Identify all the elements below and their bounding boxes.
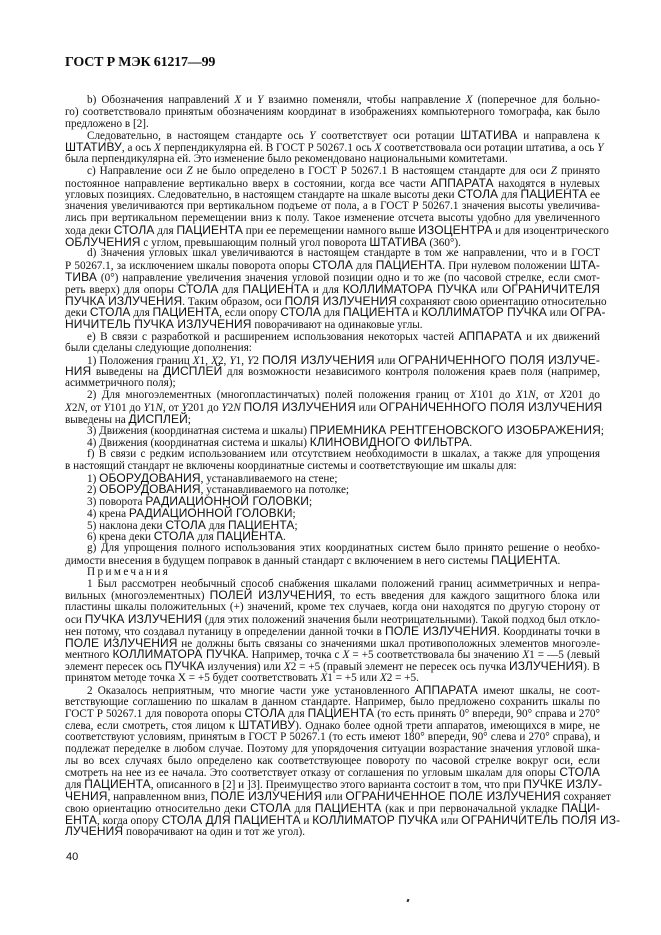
text-run: = +5 соответствовала бы значению [349, 649, 522, 661]
italic-symbol: N [233, 402, 240, 414]
text-run: Р 50267.1, за исключением шкалы поворота… [65, 260, 312, 272]
text-run: или [477, 284, 502, 296]
defined-term: СТОЛА [178, 282, 219, 296]
text-run: го) соответствовало принятым обозначения… [65, 106, 600, 118]
text-run: или [356, 402, 379, 414]
text-run: выведены на [65, 414, 129, 426]
text-run: принятом методе точка X = +5 будет соотв… [65, 672, 320, 684]
text-run: и для изоцентрического [492, 225, 608, 237]
text-run: ; [309, 496, 312, 508]
document-header: ГОСТ Р МЭК 61217—99 [65, 55, 215, 71]
text-line: принятом методе точка X = +5 будет соотв… [65, 673, 600, 685]
text-run: для [321, 307, 343, 319]
document-page: ГОСТ Р МЭК 61217—99 b) Обозначения напра… [0, 0, 661, 935]
notes-heading: Примечания [87, 566, 170, 578]
italic-symbol: X [466, 94, 473, 106]
text-run: предложено в [2]. [65, 118, 149, 130]
text-run: . Координаты точки в [497, 626, 600, 638]
text-run: или [375, 355, 399, 367]
text-run: была перпендикулярна ей. Это изменение б… [65, 153, 508, 165]
text-run: ; [601, 425, 604, 437]
text-run: , направленном вниз, [107, 791, 210, 803]
text-run: подлежат переделке в любом случае. Поэто… [65, 743, 600, 755]
document-body: b) Обозначения направлений X и Y взаимно… [65, 95, 600, 838]
text-line: ЛУЧЕНИЯ поворачивают на один и тот же уг… [65, 826, 600, 838]
defined-term: ЛУЧЕНИЯ [65, 824, 123, 838]
defined-term: КОЛЛИМАТОР ПУЧКА [312, 813, 438, 827]
text-run: или [547, 307, 570, 319]
italic-symbol: N [77, 402, 84, 414]
text-run: , от [85, 402, 104, 414]
text-line: c) Направление оси Z не было определено … [65, 166, 600, 178]
text-run: . Например, точка с [246, 649, 343, 661]
text-run: и [301, 815, 313, 827]
text-run: 1 Был рассмотрен необычный способ снабже… [87, 578, 600, 590]
defined-term: ПАЦИЕНТА [491, 553, 558, 567]
defined-term: ОГРАНИЧЕННОГО ПОЛЯ ИЗЛУЧЕ- [398, 353, 600, 367]
page-number: 40 [66, 851, 78, 863]
text-run: и направлена к [518, 130, 600, 142]
italic-symbol: Y [597, 142, 603, 154]
italic-symbol: X [65, 402, 72, 414]
text-run: и [241, 94, 257, 106]
text-line: Следовательно, в настоящем стандарте ось… [65, 130, 600, 142]
defined-term: ТИВА [65, 270, 97, 284]
text-run: ; [188, 414, 191, 426]
defined-term: ПУЧКА ИЗЛУЧЕНИЯ [85, 612, 202, 626]
text-run: для [154, 225, 176, 237]
text-run: соответствует оси ротации [316, 130, 461, 142]
text-line: лы во всех случаях было определено как с… [65, 756, 600, 768]
text-run: b) Обозначения направлений [87, 94, 234, 106]
text-run: принято [557, 165, 600, 177]
text-line: оси ПУЧКА ИЗЛУЧЕНИЯ (для этих положений … [65, 614, 600, 626]
text-line: предложено в [2]. [65, 119, 600, 131]
text-run: ). В [583, 661, 600, 673]
text-line: 4) крена РАДИАЦИОННОЙ ГОЛОВКИ; [65, 508, 600, 520]
text-run: взаимно поменяли, чтобы направление [263, 94, 465, 106]
defined-term: ПАЦИЕНТА [343, 305, 410, 319]
text-run: 1 = +5 или [327, 672, 380, 684]
text-run: и их движений [522, 331, 600, 343]
defined-term: ОГРАНИЧЕННОГО ПОЛЯ ИЗЛУЧЕНИЯ [379, 400, 602, 414]
defined-term: ПОЛЯ ИЗЛУЧЕНИЯ [262, 353, 375, 367]
defined-term: НИЧИТЕЛЬ ПУЧКА ИЗЛУЧЕНИЯ [65, 317, 252, 331]
text-run: асимметричного поля); [65, 377, 176, 389]
text-run: (поперечное для больно- [473, 94, 600, 106]
defined-term: ИЗЛУЧЕНИЯ [509, 659, 583, 673]
text-run: лы во всех случаях было определено как с… [65, 755, 600, 767]
text-run: ментного [65, 649, 112, 661]
defined-term: СТОЛА [312, 258, 353, 272]
italic-symbol: X [380, 672, 387, 684]
text-run: или [438, 815, 461, 827]
defined-term: ПАЦИЕНТА [176, 223, 243, 237]
defined-term: ПОЛЯ ИЗЛУЧЕНИЯ [244, 400, 356, 414]
text-run: были сделаны следующие дополнения: [65, 342, 252, 354]
text-run: , устанавливаемого на стене; [201, 473, 338, 485]
defined-term: КОЛЛИМАТОР ПУЧКА [421, 305, 547, 319]
text-run: f) В связи с редким использованием или о… [87, 448, 600, 460]
text-line: хода деки СТОЛА для ПАЦИЕНТА при ее пере… [65, 225, 600, 237]
text-line: 1) Положения границ X1, X2, Y1, Y2 ПОЛЯ … [65, 355, 600, 367]
defined-term: ШТАТИВА [460, 128, 517, 142]
text-run: . При нулевом положении [442, 260, 569, 272]
text-run: постоянное направление вертикально вверх… [65, 178, 431, 190]
text-run: . [558, 555, 561, 567]
text-run: 3) Движения (координатная система и шкал… [87, 425, 310, 437]
defined-term: ОГРАНИЧИТЕЛЯ [502, 282, 600, 296]
text-run: 1) [87, 473, 99, 485]
text-run: 1, [236, 355, 247, 367]
scan-artifact [406, 899, 409, 903]
text-run: ГОСТ Р 50267.1 для поворота опоры [65, 708, 245, 720]
text-run: поворачивают на один и тот же угол). [123, 826, 305, 838]
text-run: 201 до [188, 402, 222, 414]
text-run: 2 [253, 355, 262, 367]
text-run: ; [295, 520, 298, 532]
defined-term: ЧЕНИЯ [65, 789, 107, 803]
text-run: для [353, 260, 376, 272]
defined-term: АППАРАТА [459, 329, 522, 343]
defined-term: ОГРАНИЧИТЕЛЬ ПОЛЯ ИЗ- [461, 813, 620, 827]
text-line: Р 50267.1, за исключением шкалы поворота… [65, 260, 600, 272]
text-run: и [409, 307, 421, 319]
text-run: для возможности независимого контроля по… [222, 366, 600, 378]
defined-term: ПОЛЕ ИЗЛУЧЕНИЯ [385, 624, 497, 638]
text-run: оси [65, 614, 85, 626]
defined-term: ШТА- [570, 258, 600, 272]
defined-term: ПАЦИЕНТА [308, 706, 375, 720]
text-run: 2) [87, 484, 99, 496]
defined-term: СТОЛА ДЛЯ ПАЦИЕНТА [162, 813, 301, 827]
text-run: соответствуют условиям, принятым в ГОСТ … [65, 731, 600, 743]
defined-term: СТОЛА [280, 305, 321, 319]
text-run: 4) крена [87, 508, 129, 520]
text-run: значения увеличиваются при вертикальном … [65, 200, 600, 212]
defined-term: ИЗОЦЕНТРА [418, 223, 492, 237]
text-run: для [218, 284, 242, 296]
text-run: (то есть принять 0° впереди, 90° справа … [374, 708, 600, 720]
text-line: 1 Был рассмотрен необычный способ снабже… [65, 579, 600, 591]
defined-term: ДИСПЛЕЙ [129, 412, 188, 426]
defined-term: ПАЦИЕНТА [376, 258, 443, 272]
text-line: ГОСТ Р 50267.1 для поворота опоры СТОЛА … [65, 708, 600, 720]
text-run: поворачивают на одинаковые углы. [252, 319, 423, 331]
text-run: не было определено в ГОСТ Р 50267.1 В на… [193, 165, 551, 177]
defined-term: ОГРА- [570, 305, 606, 319]
text-line: 5) наклона деки СТОЛА для ПАЦИЕНТА; [65, 520, 600, 532]
text-line: ЕНТА, когда опору СТОЛА ДЛЯ ПАЦИЕНТА и К… [65, 815, 600, 827]
text-run: c) Направление оси [87, 165, 187, 177]
